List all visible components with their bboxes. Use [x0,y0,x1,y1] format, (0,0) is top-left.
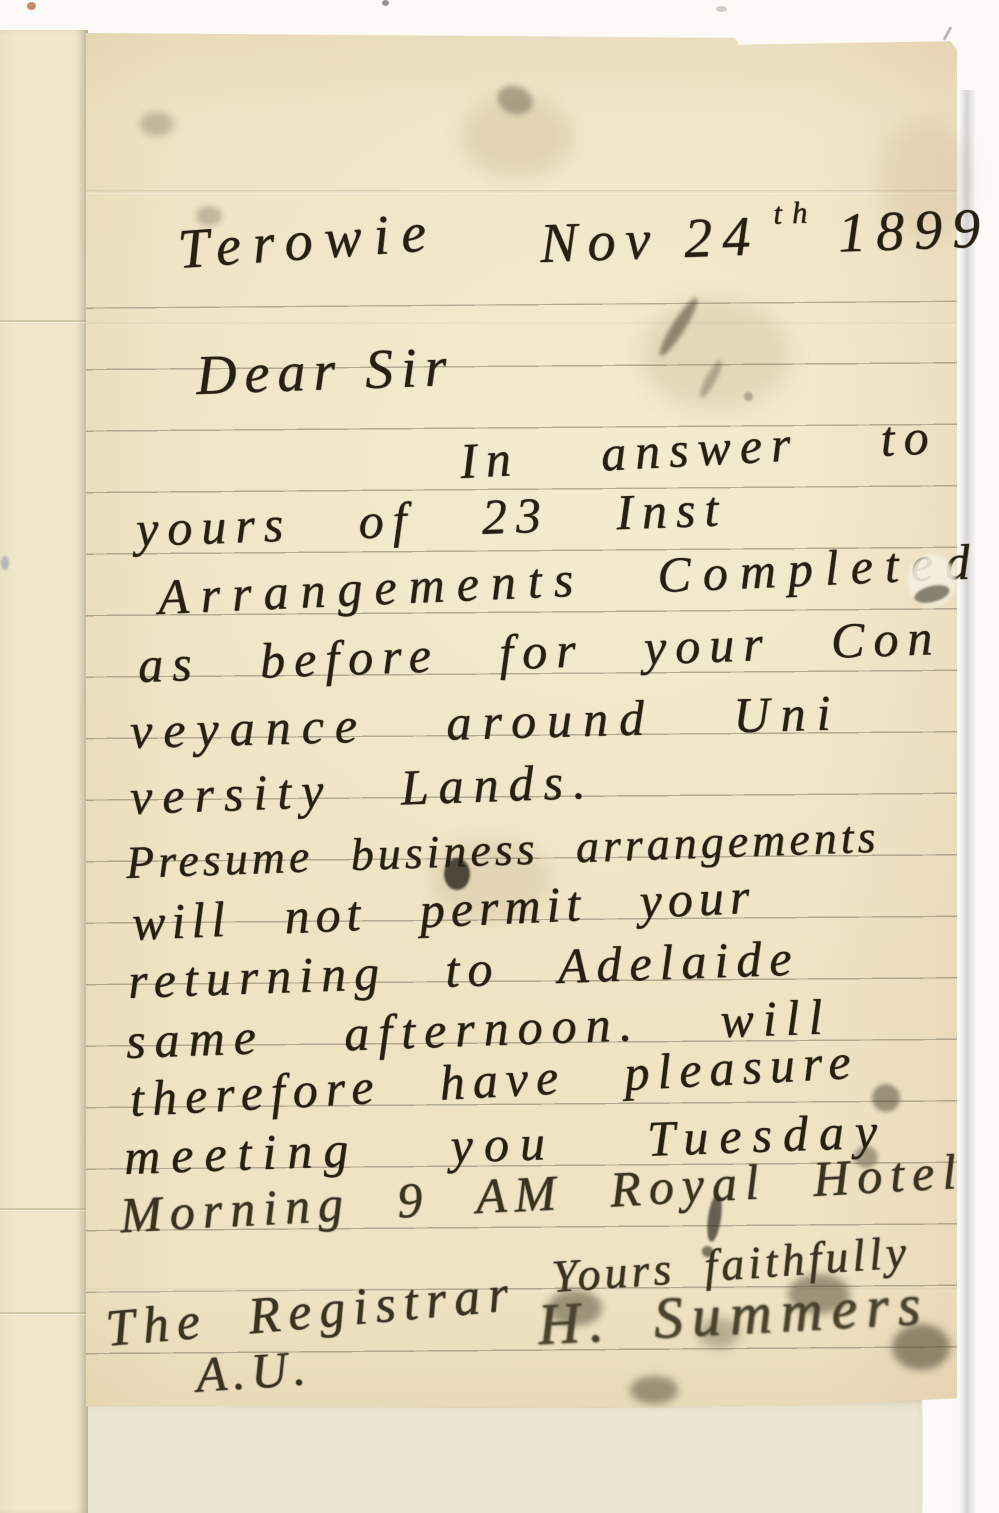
addressee-org: A.U. [194,1342,313,1400]
speck [943,26,953,41]
ink-smudge [140,112,174,136]
fold-crease [0,320,88,322]
under-sheet [15,1396,921,1513]
ink-smudge [872,1084,900,1112]
salutation: Dear Sir [195,339,455,404]
dateline-ordinal: th [773,197,818,229]
dateline-daymonth: Nov 24 [539,205,761,275]
fold-crease [86,322,957,326]
folded-flap [0,30,88,1513]
fold-crease [0,1312,88,1314]
ink-blot [702,1246,713,1257]
speck [716,6,727,12]
dateline-year: 1899 [837,197,991,264]
ink-smudge [196,206,222,226]
fold-crease [0,1208,88,1210]
ink-smudge [744,392,753,401]
fold-crease [86,190,957,194]
scanned-letter: Terowie Nov 24th1899 Dear Sir In answer … [0,0,999,1513]
scan-edge-shadow [959,90,976,1513]
speck [382,0,389,6]
ink-smudge [698,1318,740,1348]
dateline-date: Nov 24th1899 [539,200,991,272]
ink-blot [444,858,470,890]
ink-smudge [892,1324,950,1370]
speck [1,556,9,570]
ink-smudge [854,1146,878,1168]
ink-smudge [548,1290,602,1326]
ink-smudge [630,1376,678,1404]
ink-smudge [788,1274,850,1314]
speck [27,2,36,10]
